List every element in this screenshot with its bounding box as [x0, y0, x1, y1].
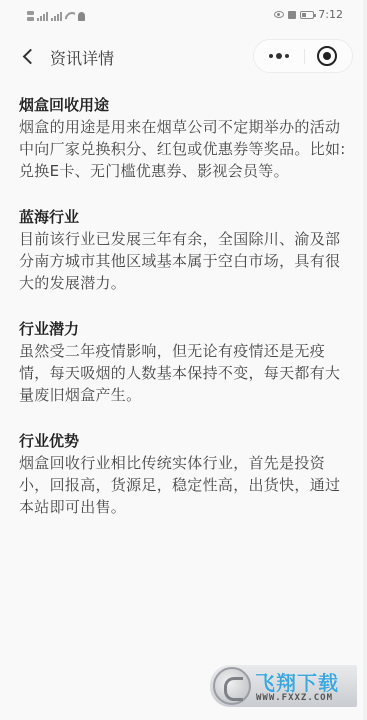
- notification-icon: [78, 12, 85, 21]
- status-left: [27, 11, 85, 21]
- section-usage: 烟盒回收用途 烟盒的用途是用来在烟草公司不定期举办的活动中向厂家兑换积分、红包或…: [19, 94, 349, 182]
- dot-icon: [276, 53, 282, 59]
- watermark-name: 飞翔下载: [255, 667, 339, 696]
- signal-icon-2: [51, 12, 62, 21]
- sim-icon: [27, 11, 34, 21]
- more-button[interactable]: [254, 40, 304, 72]
- back-button[interactable]: [20, 46, 40, 66]
- status-bar: 7:12: [0, 0, 367, 34]
- page-title: 资讯详情: [50, 46, 114, 69]
- status-right: 7:12: [274, 8, 343, 21]
- section-title: 行业潜力: [19, 318, 349, 340]
- capsule-divider: [304, 49, 305, 64]
- page: 7:12 资讯详情 烟盒回收用途 烟盒的用途是用来在烟草公司不定期举办的活动中向…: [0, 0, 367, 720]
- signal-icon: [37, 12, 48, 21]
- status-time: 7:12: [318, 8, 343, 21]
- section-body: 目前该行业已发展三年有余，全国除川、渝及部分南方城市其他区域基本属于空白市场，具…: [19, 228, 349, 294]
- close-miniprogram-button[interactable]: [317, 46, 337, 66]
- eye-icon: [274, 11, 284, 18]
- section-body: 烟盒回收行业相比传统实体行业，首先是投资小，回报高，货源足，稳定性高，出货快，通…: [19, 452, 349, 518]
- dot-icon: [269, 54, 273, 58]
- nav-bar: 资讯详情: [0, 34, 367, 80]
- section-title: 蓝海行业: [19, 206, 349, 228]
- scrollbar-track: [363, 0, 367, 720]
- section-blue-ocean: 蓝海行业 目前该行业已发展三年有余，全国除川、渝及部分南方城市其他区域基本属于空…: [19, 206, 349, 294]
- watermark-url: WWW.FXXZ.COM: [256, 693, 333, 703]
- watermark-logo-icon: [213, 667, 251, 705]
- section-advantage: 行业优势 烟盒回收行业相比传统实体行业，首先是投资小，回报高，货源足，稳定性高，…: [19, 430, 349, 518]
- wifi-icon: [65, 12, 75, 21]
- nfc-icon: [288, 11, 296, 19]
- section-potential: 行业潜力 虽然受二年疫情影响，但无论有疫情还是无疫情，每天吸烟的人数基本保持不变…: [19, 318, 349, 406]
- watermark: 飞翔下载 WWW.FXXZ.COM: [210, 665, 357, 707]
- article-content: 烟盒回收用途 烟盒的用途是用来在烟草公司不定期举办的活动中向厂家兑换积分、红包或…: [19, 94, 349, 542]
- section-body: 虽然受二年疫情影响，但无论有疫情还是无疫情，每天吸烟的人数基本保持不变，每天都有…: [19, 340, 349, 406]
- section-title: 行业优势: [19, 430, 349, 452]
- battery-icon: [300, 11, 314, 19]
- section-title: 烟盒回收用途: [19, 94, 349, 116]
- section-body: 烟盒的用途是用来在烟草公司不定期举办的活动中向厂家兑换积分、红包或优惠券等奖品。…: [19, 116, 349, 182]
- miniprogram-capsule: [253, 39, 353, 73]
- dot-icon: [285, 54, 289, 58]
